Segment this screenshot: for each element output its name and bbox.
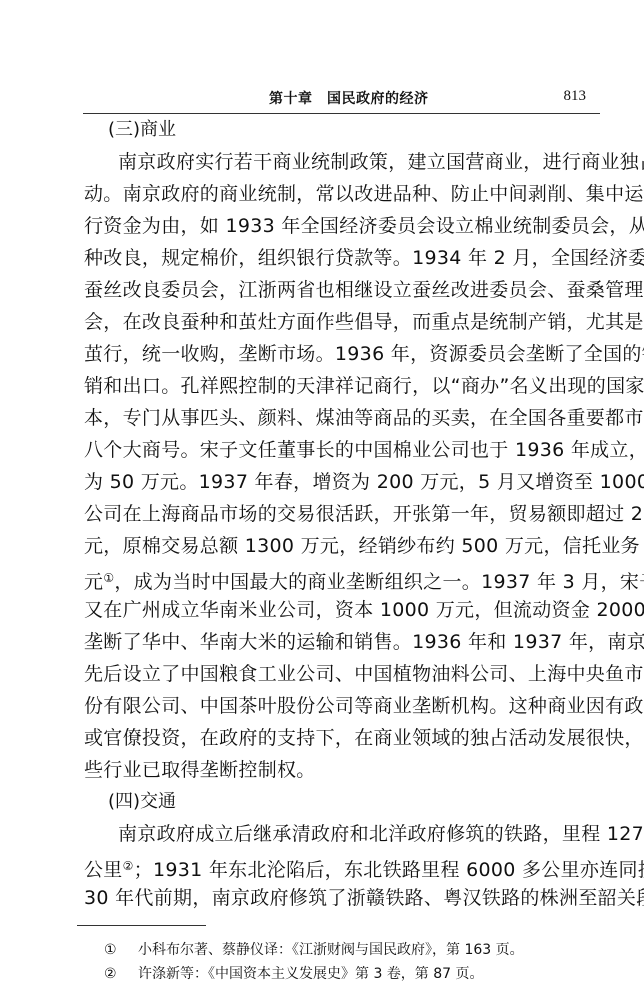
book-page: 第十章 国民政府的经济 813 (三)商业 南京政府实行若干商业统制政策，建立国… [0,0,644,1000]
footnote-mark: ① [104,938,138,962]
chapter-title: 第十章 国民政府的经济 [269,88,429,108]
page-number: 813 [564,88,587,105]
paragraph-line: 为 50 万元。1937 年春，增资为 200 万元，5 月又增资至 1000 … [84,467,598,497]
paragraph-line: 元①，成为当时中国最大的商业垄断组织之一。1937 年 3 月，宋子文 [84,563,598,593]
section-heading-transport: (四)交通 [108,787,176,817]
paragraph-line: 本，专门从事匹头、颜料、煤油等商品的买卖，在全国各重要都市设有七 [84,403,598,433]
line-start: 元 [84,571,103,593]
paragraph-line: 或官僚投资，在政府的支持下，在商业领域的独占活动发展很快，在一 [84,723,598,753]
paragraph-line: 公里②；1931 年东北沦陷后，东北铁路里程 6000 多公里亦连同损失。 [84,851,598,881]
footnote-text: 许涤新等：《中国资本主义发展史》第 3 卷，第 87 页。 [138,966,484,982]
running-head: 第十章 国民政府的经济 813 [83,86,600,112]
footnote-text: 小科布尔著、蔡静仪译：《江浙财阀与国民政府》，第 163 页。 [138,942,524,958]
paragraph-line: 些行业已取得垄断控制权。 [84,755,598,785]
line-rest: ；1931 年东北沦陷后，东北铁路里程 6000 多公里亦连同损失。 [134,859,644,881]
paragraph-line: 元，原棉交易总额 1300 万元，经销纱布约 500 万元，信托业务 300 万 [84,531,598,561]
footnote-ref-1[interactable]: ① [103,571,114,585]
paragraph-line: 行资金为由，如 1933 年全国经济委员会设立棉业统制委员会，从事棉 [84,211,598,241]
paragraph-line: 公司在上海商品市场的交易很活跃，开张第一年，贸易额即超过 20 万 [84,499,598,529]
header-rule [83,113,600,114]
footnote-1: ①小科布尔著、蔡静仪译：《江浙财阀与国民政府》，第 163 页。 [104,938,524,962]
paragraph-line: 南京政府实行若干商业统制政策，建立国营商业，进行商业独占活 [118,147,598,177]
paragraph-line: 种改良，规定棉价，组织银行贷款等。1934 年 2 月，全国经济委员会设 [84,243,598,273]
footnote-ref-2[interactable]: ② [123,859,134,873]
paragraph-line: 南京政府成立后继承清政府和北洋政府修筑的铁路，里程 12728 [118,819,598,849]
paragraph-line: 蚕丝改良委员会，江浙两省也相继设立蚕丝改进委员会、蚕桑管理委员 [84,275,598,305]
paragraph-line: 垄断了华中、华南大米的运输和销售。1936 年和 1937 年，南京政府又 [84,627,598,657]
section-heading-commerce: (三)商业 [108,115,176,145]
line-rest: ，成为当时中国最大的商业垄断组织之一。1937 年 3 月，宋子文 [114,571,644,593]
paragraph-line: 销和出口。孔祥熙控制的天津祥记商行，以“商办”名义出现的国家资 [84,371,598,401]
paragraph-line: 茧行，统一收购，垄断市场。1936 年，资源委员会垄断了全国的钨锑运 [84,339,598,369]
paragraph-line: 又在广州成立华南米业公司，资本 1000 万元，但流动资金 2000 万元， [84,595,598,625]
paragraph-line: 先后设立了中国粮食工业公司、中国植物油料公司、上海中央鱼市场股 [84,659,598,689]
paragraph-line: 份有限公司、中国茶叶股份公司等商业垄断机构。这种商业因有政府 [84,691,598,721]
footnote-rule [77,925,206,926]
footnote-2: ②许涤新等：《中国资本主义发展史》第 3 卷，第 87 页。 [104,962,484,986]
line-start: 公里 [84,859,123,881]
paragraph-line: 八个大商号。宋子文任董事长的中国棉业公司也于 1936 年成立，资本 [84,435,598,465]
footnote-mark: ② [104,962,138,986]
paragraph-line: 30 年代前期，南京政府修筑了浙赣铁路、粤汉铁路的株洲至韶关段、湘 [84,883,598,913]
paragraph-line: 会，在改良蚕种和茧灶方面作些倡导，而重点是统制产销，尤其是统制 [84,307,598,337]
paragraph-line: 动。南京政府的商业统制，常以改进品种、防止中间剥削、集中运用银 [84,179,598,209]
